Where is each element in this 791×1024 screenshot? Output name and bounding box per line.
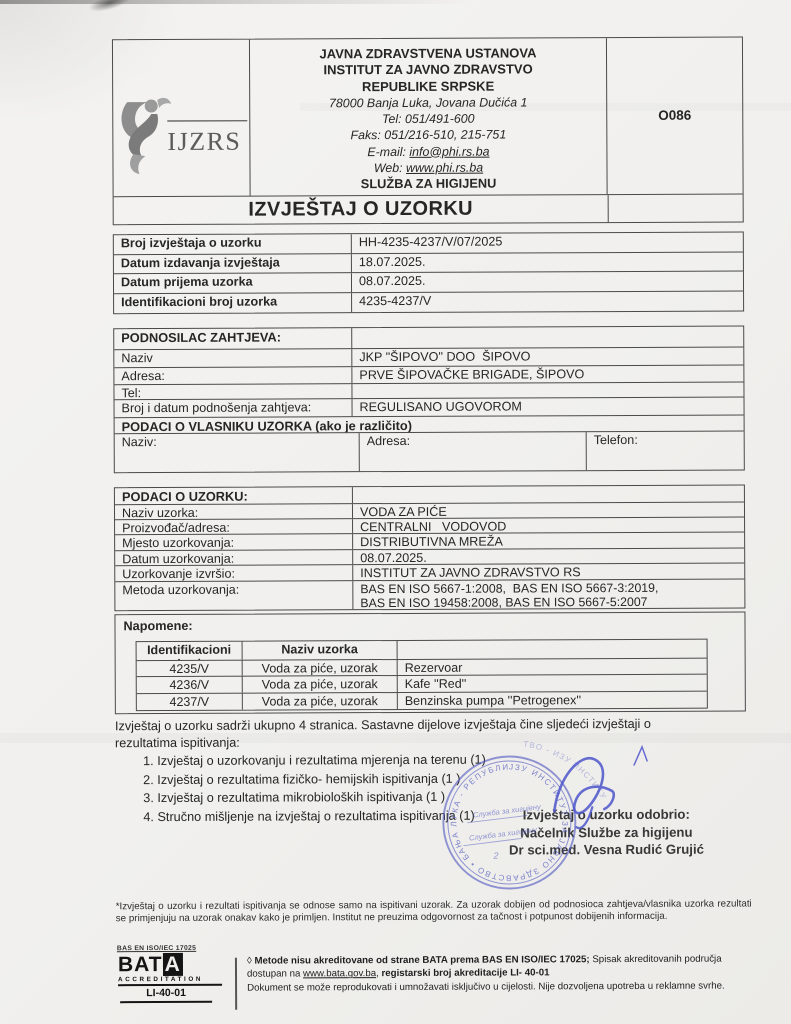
org-address: 78000 Banja Luka, Jovana Dučića 1 xyxy=(254,94,602,112)
org-tel: Tel: 051/491-600 xyxy=(254,110,602,128)
sample-location: Kafe ''Red'' xyxy=(398,675,707,692)
owner-adresa-label: Adresa: xyxy=(360,432,587,471)
empty-cell xyxy=(352,326,743,348)
sample-id: 4236/V xyxy=(137,677,243,693)
accreditation-line2: Dokument se može reprodukovati i umnožav… xyxy=(247,979,750,995)
email-text: info@phi.rs.ba xyxy=(409,144,489,158)
method-line1: BAS EN ISO 5667-1:2008, BAS EN ISO 5667-… xyxy=(360,580,658,595)
stamp-inner-digit: 2 xyxy=(492,851,498,861)
header-row: IJZRS JAVNA ZDRAVSTVENA USTANOVA INSTITU… xyxy=(113,37,743,197)
standard-reference: BAS EN ISO/IEC 17025 xyxy=(117,945,196,952)
sample-table: PODACI O UZORKU: Naziv uzorka: VODA ZA P… xyxy=(114,484,746,610)
owner-section-title: PODACI O VLASNIKU UZORKA (ako je različi… xyxy=(115,415,744,432)
notes-box: Napomene: Identifikacioni broj Naziv uzo… xyxy=(114,611,745,714)
org-name-line: JAVNA ZDRAVSTVENA USTANOVA xyxy=(254,45,602,63)
email-label: E-mail: xyxy=(367,144,409,158)
summary-line1: Izvještaj o uzorku sadrži ukupno 4 stran… xyxy=(115,717,651,733)
org-web-line: Web: www.phi.rs.ba xyxy=(254,159,602,177)
form-code: O086 xyxy=(607,37,743,194)
row-value: VODA ZA PIĆE xyxy=(353,502,744,518)
bata-letter-inverted: A xyxy=(163,953,183,976)
row-label: Uzorkovanje izvršio: xyxy=(115,565,353,581)
institute-info: JAVNA ZDRAVSTVENA USTANOVA INSTITUT ZA J… xyxy=(250,38,608,196)
accreditation-bold1: Metode nisu akreditovane od strane BATA … xyxy=(254,954,589,966)
column-header: Naziv uzorka xyxy=(243,641,398,659)
section-header-row: PODNOSILAC ZAHTJEVA: xyxy=(114,326,743,350)
row-label: Tel: xyxy=(114,384,352,399)
row-label: Broj izvještaja o uzorku xyxy=(114,234,352,254)
row-value: 4235-4237/V xyxy=(352,291,743,312)
sample-name: Voda za piće, uzorak br.1 xyxy=(243,659,398,675)
row-value: HH-4235-4237/V/07/2025 xyxy=(352,232,743,252)
accreditation-bold2: registarski broj akreditacije LI- 40-01 xyxy=(381,968,549,980)
scanned-document-page: IJZRS JAVNA ZDRAVSTVENA USTANOVA INSTITU… xyxy=(0,0,791,1024)
accreditation-code: LI-40-01 xyxy=(120,986,212,1003)
section-title: PODNOSILAC ZAHTJEVA: xyxy=(114,328,352,349)
row-value: INSTITUT ZA JAVNO ZDRAVSTVO RS xyxy=(353,563,744,579)
bata-url: www.bata.gov.ba xyxy=(303,968,376,979)
table-row: 4237/V Voda za piće, uzorak br.3 Benzins… xyxy=(137,691,707,710)
row-label: Naziv xyxy=(114,349,352,367)
owner-naziv-label: Naziv: xyxy=(115,433,360,472)
row-label: Metoda uzorkovanja: xyxy=(115,581,353,610)
sample-name: Voda za piće, uzorak br.2 xyxy=(243,676,398,692)
org-name-line: INSTITUT ZA JAVNO ZDRAVSTVO xyxy=(254,61,602,79)
org-fax: Faks: 051/216-510, 215-751 xyxy=(254,126,602,144)
bata-logo: BATA ACCREDITATION xyxy=(118,954,222,986)
document-content: IJZRS JAVNA ZDRAVSTVENA USTANOVA INSTITU… xyxy=(0,0,791,1024)
method-row: Metoda uzorkovanja: BAS EN ISO 5667-1:20… xyxy=(115,579,744,610)
row-label: Identifikacioni broj uzorka xyxy=(114,293,352,314)
sample-id: 4235/V xyxy=(137,660,243,676)
column-header xyxy=(398,640,707,659)
ijzrs-logo-icon: IJZRS xyxy=(117,90,249,183)
table-row: Broj izvještaja o uzorku HH-4235-4237/V/… xyxy=(114,232,743,254)
section-title: PODACI O UZORKU: xyxy=(115,487,353,504)
accreditation-line1: ◊ Metode nisu akreditovane od strane BAT… xyxy=(247,952,750,981)
bata-wordmark: BATA xyxy=(118,954,222,975)
header-table: IJZRS JAVNA ZDRAVSTVENA USTANOVA INSTITU… xyxy=(112,36,744,225)
sample-location: Rezervoar xyxy=(398,658,707,675)
row-label: Naziv uzorka: xyxy=(115,504,353,519)
sample-name: Voda za piće, uzorak br.3 xyxy=(243,692,398,709)
sample-id: 4237/V xyxy=(137,693,243,710)
row-label: Broj i datum podnošenja zahtjeva: xyxy=(115,399,353,417)
logo-cell: IJZRS xyxy=(113,40,251,197)
web-text: www.phi.rs.ba xyxy=(406,160,483,174)
row-value: DISTRIBUTIVNA MREŽA xyxy=(353,532,744,548)
signature-scribble xyxy=(536,739,656,845)
report-info-table: Broj izvještaja o uzorku HH-4235-4237/V/… xyxy=(113,231,744,314)
row-label: Adresa: xyxy=(114,367,352,384)
stamp-inner-line1: Служба за хигијену xyxy=(472,802,542,820)
table-row: Datum prijema uzorka 08.07.2025. xyxy=(114,271,743,293)
table-row: Datum izdavanja izvještaja 18.07.2025. xyxy=(114,252,743,274)
row-value: JKP "ŠIPOVO" DOO ŠIPOVO xyxy=(352,347,743,366)
method-value: BAS EN ISO 5667-1:2008, BAS EN ISO 5667-… xyxy=(353,579,744,609)
stamp-inner-line2: Служба за хигијену xyxy=(469,825,539,843)
sample-location: Benzinska pumpa ''Petrogenex'' xyxy=(398,691,707,709)
row-value: 08.07.2025. xyxy=(353,548,744,564)
method-line2: BAS EN ISO 19458:2008, BAS EN ISO 5667-5… xyxy=(360,595,647,609)
summary-line2: rezultatima ispitivanja: xyxy=(115,735,240,750)
logo-acronym: IJZRS xyxy=(167,127,241,156)
footer-divider xyxy=(235,958,237,1010)
applicant-table: PODNOSILAC ZAHTJEVA: Naziv JKP "ŠIPOVO" … xyxy=(113,325,745,472)
accreditation-text: ◊ Metode nisu akreditovane od strane BAT… xyxy=(247,952,750,994)
row-label: Datum prijema uzorka xyxy=(114,273,352,293)
title-row-empty-cell xyxy=(609,194,743,222)
column-header: Identifikacioni broj xyxy=(137,642,243,660)
row-value: PRVE ŠIPOVAČKE BRIGADE, ŠIPOVO xyxy=(352,365,743,383)
notes-table: Identifikacioni broj Naziv uzorka 4235/V… xyxy=(136,639,708,711)
bata-subtitle: ACCREDITATION xyxy=(118,976,222,983)
department-name: SLUŽBA ZA HIGIJENU xyxy=(255,175,603,196)
row-value: CENTRALNI VODOVOD xyxy=(353,517,744,533)
row-value: 08.07.2025. xyxy=(352,271,743,291)
org-email-line: E-mail: info@phi.rs.ba xyxy=(254,143,602,161)
notes-header-row: Identifikacioni broj Naziv uzorka xyxy=(137,640,707,661)
document-title: IZVJEŠTAJ O UZORKU xyxy=(114,195,609,224)
empty-cell xyxy=(353,485,744,502)
notes-title: Napomene: xyxy=(115,612,744,637)
title-row: IZVJEŠTAJ O UZORKU xyxy=(114,194,743,224)
row-label: Datum uzorkovanja: xyxy=(115,550,353,566)
row-label: Proizvođač/adresa: xyxy=(115,519,353,535)
org-name-line: REPUBLIKE SRPSKE xyxy=(254,78,602,96)
web-label: Web: xyxy=(374,161,406,175)
bata-logo-block: BATA ACCREDITATION LI-40-01 xyxy=(118,954,222,1003)
table-row: Identifikacioni broj uzorka 4235-4237/V xyxy=(114,291,743,313)
row-value: REGULISANO UGOVOROM xyxy=(353,397,744,416)
owner-telefon-label: Telefon: xyxy=(587,431,744,470)
row-value xyxy=(352,382,743,398)
row-label: Datum izdavanja izvještaja xyxy=(114,254,352,274)
owner-row: Naziv: Adresa: Telefon: xyxy=(115,431,744,472)
bata-letters: BAT xyxy=(118,953,163,976)
row-value: 18.07.2025. xyxy=(352,252,743,272)
row-label: Mjesto uzorkovanja: xyxy=(115,534,353,550)
